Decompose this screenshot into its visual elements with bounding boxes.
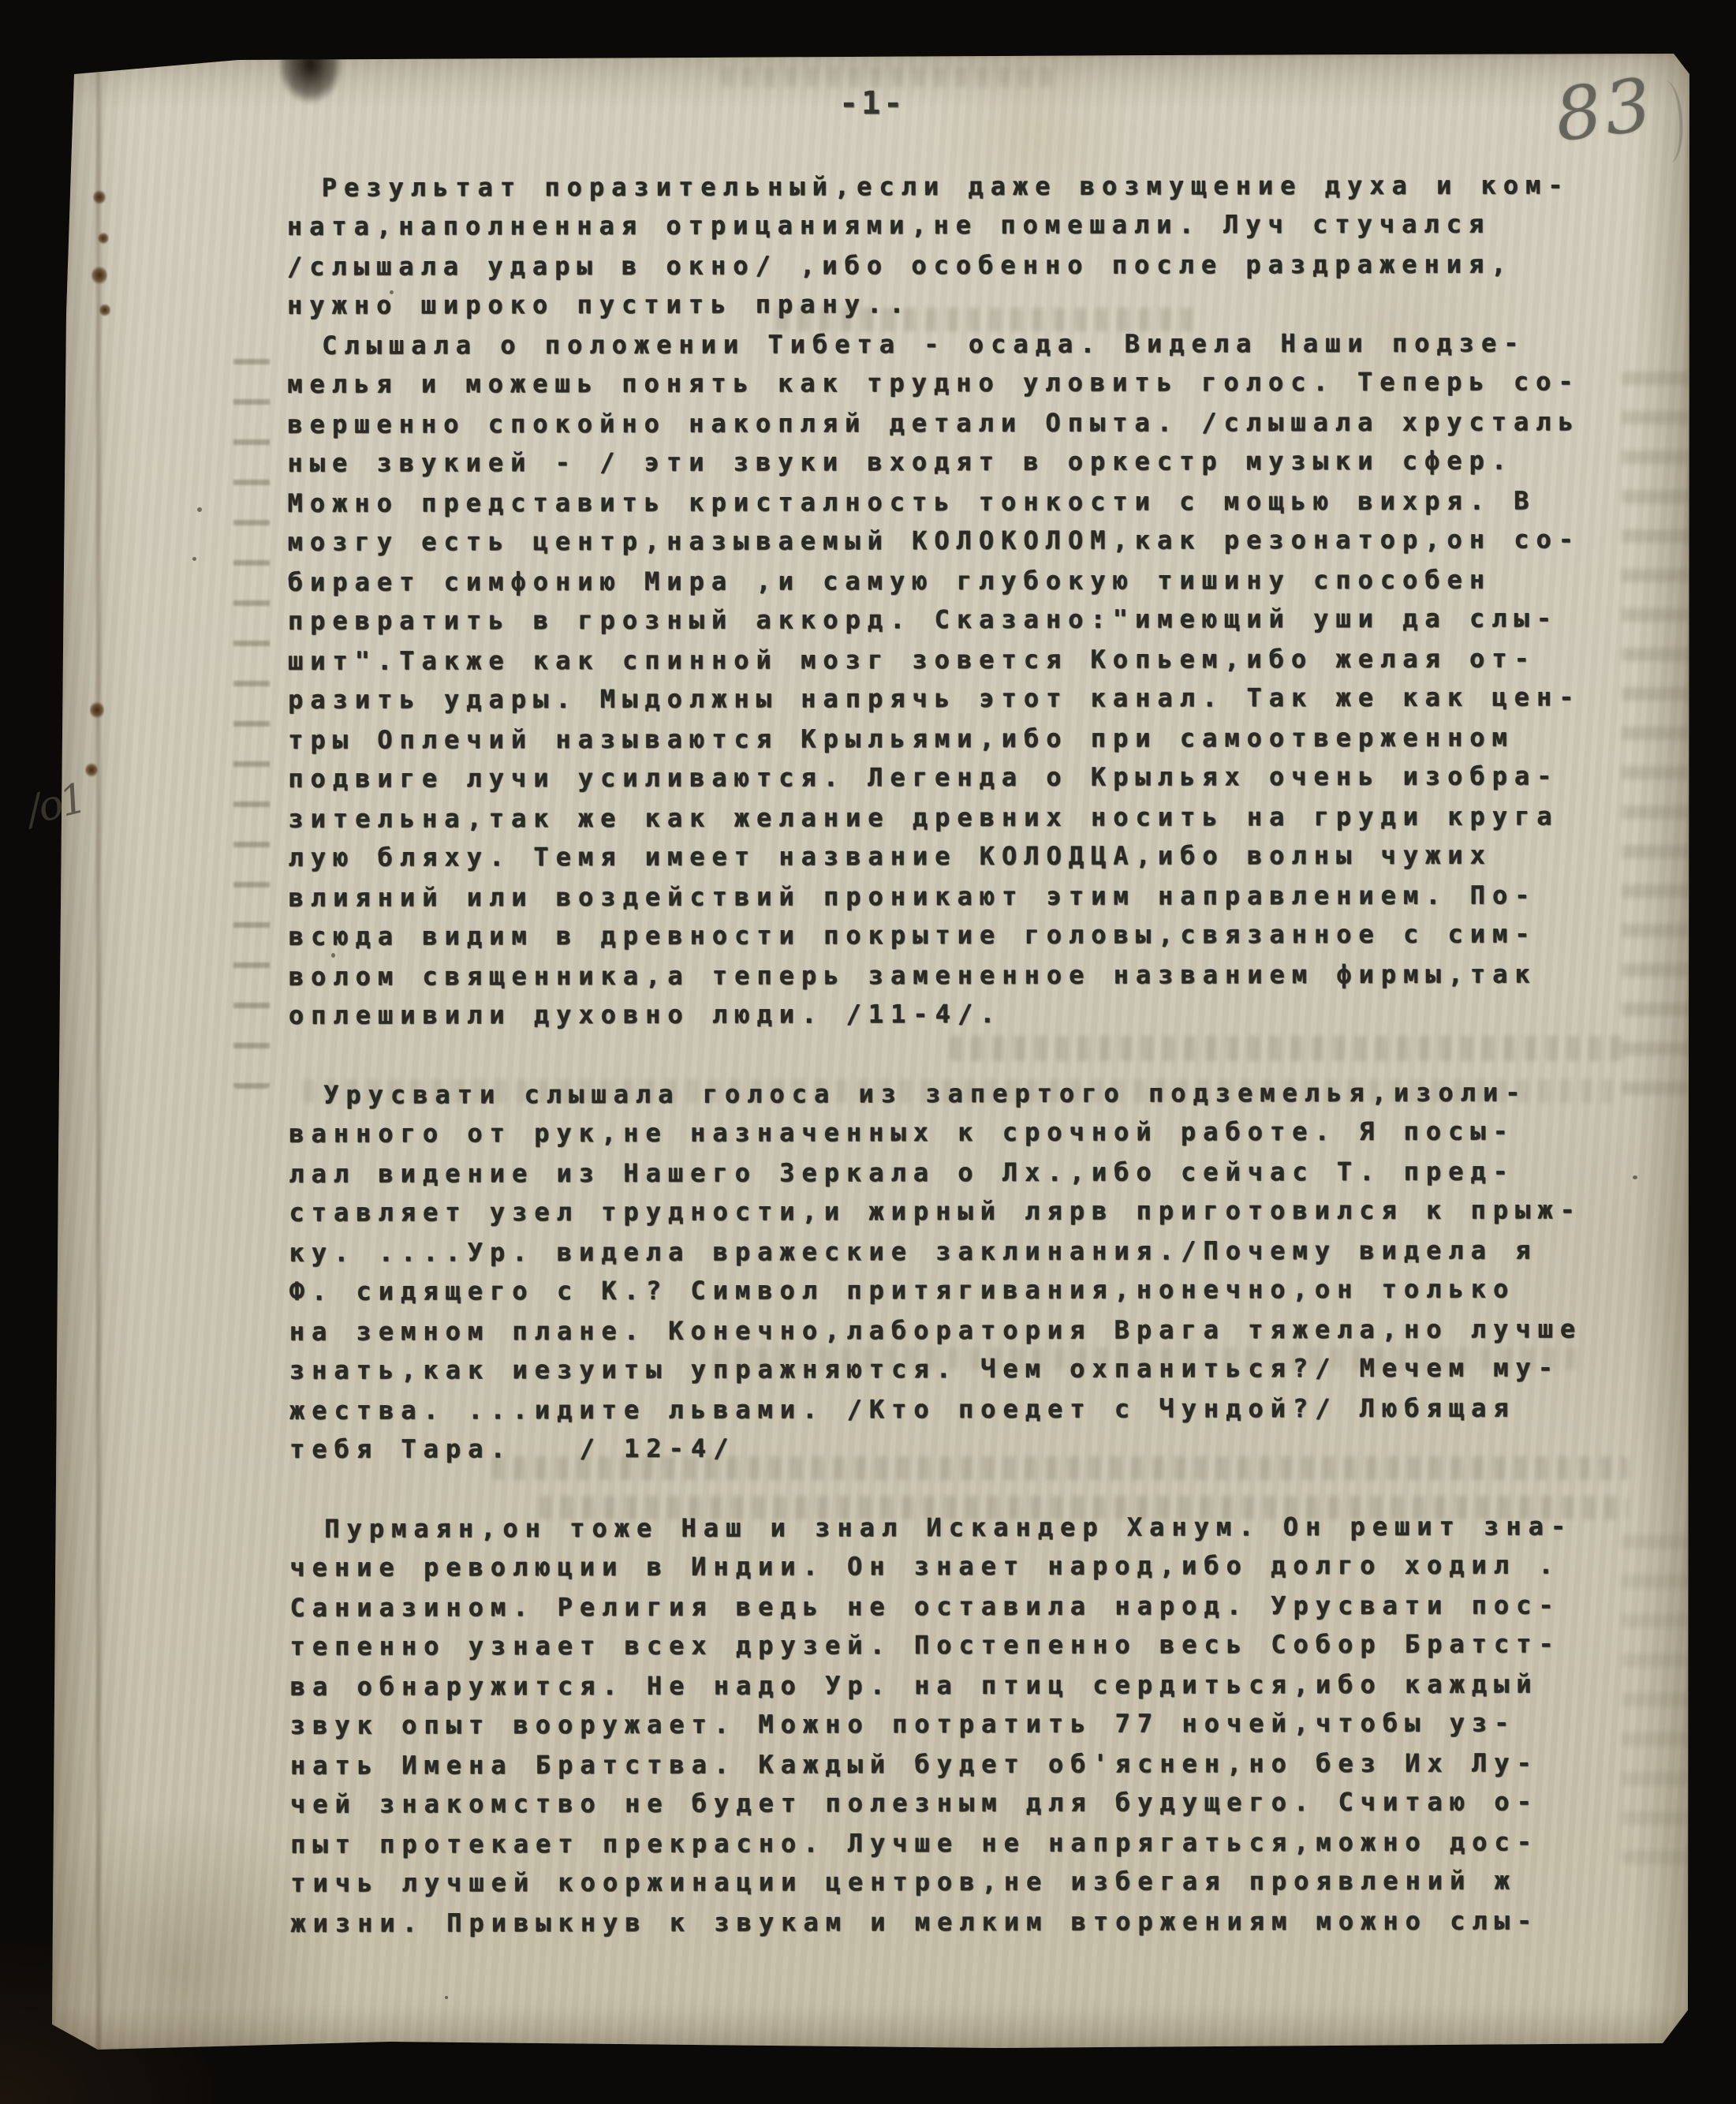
rust-spot [91, 265, 107, 286]
text-line: жизни. Привыкнув к звукам и мелким вторж… [290, 1900, 1647, 1943]
binding-crease [95, 54, 103, 2053]
text-line: шит".Также как спинной мозг зовется Копь… [288, 638, 1645, 681]
text-line: Урусвати слышала голоса из запертого под… [289, 1072, 1645, 1115]
text-line: тепенно узнает всех друзей. Постепенно в… [290, 1624, 1647, 1666]
rust-spot [98, 232, 109, 245]
bleed-through-smudge [233, 355, 270, 1089]
text-line: оплешивили духовно люди. /11-4/. [289, 992, 1645, 1035]
text-line: ные звукией - / эти звуки входят в оркес… [287, 440, 1644, 483]
text-line: ванного от рук,не назначенных к срочной … [289, 1111, 1645, 1153]
rust-spot [85, 762, 98, 778]
text-line: Можно представить кристалность тонкости … [287, 480, 1644, 523]
paragraph-1: Результат поразительный,если даже возмущ… [287, 164, 1644, 325]
bleed-through-smudge [721, 68, 1052, 87]
text-line: пыт протекает прекрасно. Лучше не напряг… [290, 1822, 1647, 1864]
paragraph-2: Слышала о положении Тибета - осада. Виде… [287, 322, 1645, 1035]
text-line: тебя Тара. / 12-4/ [289, 1426, 1646, 1469]
rust-spot [90, 701, 104, 719]
text-line: вершенно спокойно накопляй детали Опыта.… [287, 402, 1644, 444]
rust-spot [93, 189, 106, 205]
text-line: /слышала удары в окно/ ,ибо особенно пос… [287, 244, 1644, 286]
text-line: бирает симфонию Мира ,и самую глубокую т… [288, 559, 1645, 602]
text-line: Ф. сидящего с К.? Символ притягивания,но… [289, 1269, 1646, 1311]
rust-spot [99, 303, 110, 317]
text-line: ва обнаружится. Не надо Ур. на птиц серд… [290, 1664, 1647, 1706]
document-page: -1- 83 Результат поразительный,если даже… [50, 54, 1689, 2053]
handwritten-page-number: 83 [1551, 62, 1659, 158]
text-line: влияний или воздействий проникают этим н… [289, 875, 1645, 917]
text-line: ку. ....Ур. видела вражеские заклинания.… [289, 1230, 1645, 1272]
text-block: Результат поразительный,если даже возмущ… [287, 164, 1648, 1942]
text-line: разить удары. Мыдолжны напрячь этот кана… [288, 677, 1645, 719]
text-line: жества. ...идите львами. /Кто поедет с Ч… [289, 1388, 1646, 1430]
paper-speck [197, 507, 202, 512]
scan-background: -1- 83 Результат поразительный,если даже… [0, 0, 1736, 2104]
text-line: всюда видим в древности покрытие головы,… [289, 914, 1645, 956]
text-line: ставляет узел трудности,и жирный лярв пр… [289, 1190, 1645, 1232]
paper-speck [445, 1996, 448, 1999]
text-line: тичь лучшей кооржинации центров,не избег… [290, 1860, 1647, 1903]
ink-stain [278, 47, 350, 144]
text-line: знать,как иезуиты упражняются. Чем охпан… [289, 1347, 1646, 1390]
text-line: звук опыт вооружает. Можно потратить 77 … [290, 1702, 1647, 1745]
text-line: лую бляху. Темя имеет название КОЛОДЦА,и… [288, 835, 1645, 877]
text-line: тры Оплечий называются Крыльями,ибо при … [288, 717, 1645, 760]
page-number: -1- [839, 85, 1036, 121]
text-line: чение революции в Индии. Он знает народ,… [289, 1545, 1646, 1587]
text-line: нужно широко пустить прану.. [287, 282, 1644, 325]
text-line: волом священника,а теперь замененное наз… [289, 954, 1645, 996]
text-line: чей знакомство не будет полезным для буд… [290, 1781, 1647, 1824]
text-line: ната,наполненная отрицаниями,не помешали… [287, 204, 1644, 246]
text-line: мелья и можешь понять как трудно уловить… [287, 361, 1644, 404]
text-line: подвиге лучи усиливаются. Легенда о Крыл… [288, 756, 1645, 798]
text-line: нать Имена Братства. Каждый будет об'ясн… [290, 1743, 1647, 1785]
text-line: лал видение из Нашего Зеркала о Лх.,ибо … [289, 1151, 1645, 1194]
text-line: мозгу есть центр,называемый КОЛОКОЛОМ,ка… [288, 519, 1645, 562]
text-line: на земном плане. Конечно,лаборатория Вра… [289, 1309, 1646, 1351]
paragraph-3: Урусвати слышала голоса из запертого под… [289, 1071, 1646, 1469]
paragraph-4: Пурмаян,он тоже Наш и знал Искандер Хану… [289, 1505, 1647, 1942]
text-line: Саниазином. Религия ведь не оставила нар… [289, 1585, 1646, 1628]
text-line: зительна,так же как желание древних носи… [288, 796, 1645, 839]
text-line: Слышала о положении Тибета - осада. Виде… [287, 323, 1644, 365]
text-line: Результат поразительный,если даже возмущ… [287, 165, 1644, 207]
paper-speck [192, 557, 196, 561]
text-line: Пурмаян,он тоже Наш и знал Искандер Хану… [289, 1506, 1646, 1549]
text-line: превратить в грозный аккорд. Сказано:"им… [288, 598, 1645, 641]
